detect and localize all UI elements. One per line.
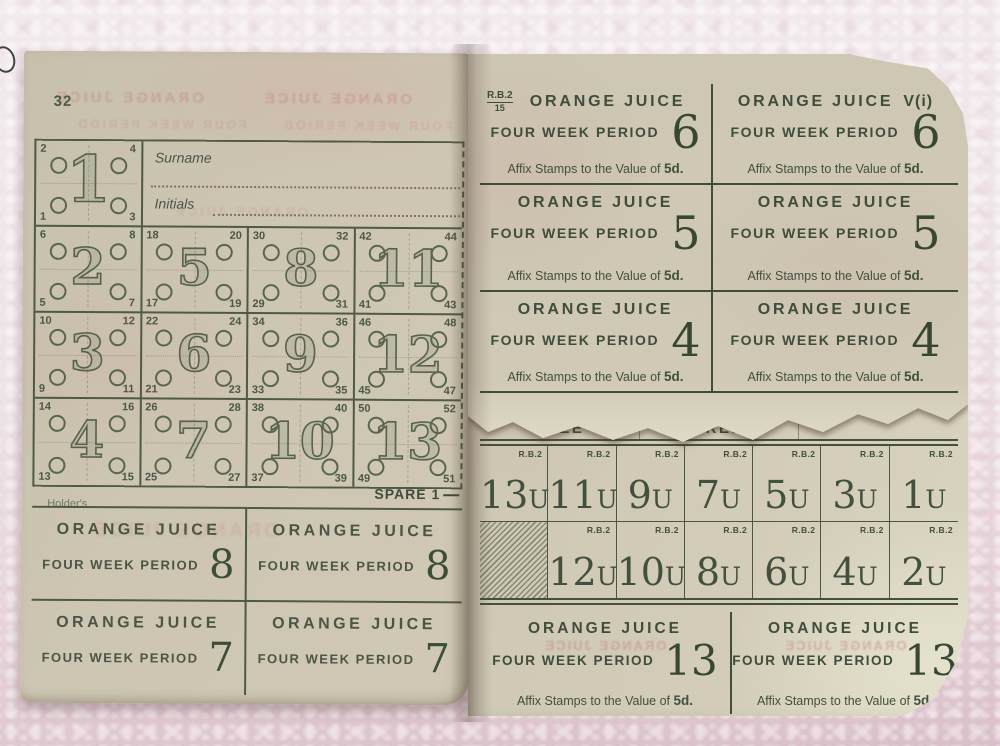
u-number: 6 [764, 550, 788, 594]
corner-number: 36 [336, 317, 348, 329]
corner-number: 50 [358, 403, 370, 415]
grid-cell-13: 5052 4951 13 [354, 401, 461, 488]
affix-instruction: Affix Stamps to the Value of 5d. [480, 161, 711, 176]
u-suffix: U [528, 485, 549, 514]
period-label: FOUR WEEK PERIOD [258, 651, 415, 667]
punch-circle [48, 415, 65, 432]
corner-number: 28 [229, 402, 241, 414]
period-number: 5 [911, 216, 940, 251]
corner-number: 39 [335, 473, 347, 485]
corner-number: 45 [358, 385, 370, 397]
punch-circle [109, 329, 126, 346]
punch-circle [48, 457, 65, 474]
corner-number: 9 [39, 383, 45, 395]
u-coupon-9U: R.B.29U [617, 446, 685, 522]
ration-coupon: ORANGE JUICE FOUR WEEK PERIOD4 Affix Sta… [713, 292, 958, 393]
coupon-title: ORANGE JUICE [246, 615, 461, 634]
initials-line [212, 214, 460, 218]
grid-cell-12: 4648 4547 12 [354, 315, 461, 402]
u-suffix: U [665, 562, 686, 591]
punch-circle [261, 458, 278, 475]
affix-instruction: Affix Stamps to the Value of 5d. [480, 369, 711, 384]
grid-cell-5: 1820 1719 5 [142, 227, 249, 314]
u-coupon-7U: R.B.27U [685, 446, 753, 522]
affix-instruction: Affix Stamps to the Value of 5d. [713, 161, 958, 176]
corner-number: 22 [146, 315, 158, 327]
u-suffix: U [720, 562, 741, 591]
punch-circle [110, 243, 127, 260]
ration-coupon: ORANGE JUICE FOUR WEEK PERIOD7 [31, 601, 247, 695]
u-suffix: U [788, 562, 809, 591]
u-number: 11 [548, 473, 596, 517]
period-number: 8 [425, 550, 451, 582]
grid-cell-2: 68 57 2 [35, 227, 142, 314]
u-number: 2 [901, 550, 925, 594]
corner-number: 41 [359, 299, 371, 311]
rb2-mark: R.B.2 [792, 525, 816, 535]
left-coupon-block: ORANGE JUICE FOUR WEEK PERIOD8 ORANGE JU… [31, 506, 462, 697]
rb2-mark: R.B.2 [860, 525, 884, 535]
punch-circle [156, 243, 173, 260]
corner-number: 2 [40, 143, 46, 155]
showthrough-text: ORANGE JUICE [262, 90, 412, 108]
rb2-mark: R.B.2 [723, 525, 747, 535]
corner-number: 38 [252, 402, 264, 414]
u-suffix: U [597, 562, 618, 591]
u-coupon-5U: R.B.25U [753, 446, 821, 522]
ration-coupon: R.B.215 ORANGE JUICE FOUR WEEK PERIOD6 A… [480, 84, 713, 185]
corner-number: 13 [38, 471, 50, 483]
grid-cell-3: 1012 911 3 [35, 313, 142, 400]
punch-circle [110, 197, 127, 214]
period-label: FOUR WEEK PERIOD [491, 225, 660, 241]
void-hatched-cell [480, 522, 548, 598]
u-suffix: U [720, 485, 741, 514]
corner-number: 48 [444, 317, 456, 329]
punch-circle [108, 457, 125, 474]
punch-circle [262, 370, 279, 387]
corner-number: 29 [252, 298, 264, 310]
grid-cell-4: 1416 1315 4 [34, 399, 141, 486]
ration-coupon: ORANGE JUICE FOUR WEEK PERIOD7 [246, 602, 462, 696]
corner-number: 6 [40, 229, 46, 241]
rb2-mark: R.B.2 [587, 525, 611, 535]
corner-number: 40 [335, 403, 347, 415]
u-suffix: U [788, 485, 809, 514]
handwritten-mark [0, 43, 19, 75]
corner-number: 52 [444, 403, 456, 415]
corner-number: 27 [228, 472, 240, 484]
corner-number: 47 [444, 385, 456, 397]
grid-cell-7: 2628 2527 7 [141, 399, 248, 486]
affix-instruction: Affix Stamps to the Value of 5d. [713, 268, 958, 283]
corner-number: 49 [358, 473, 370, 485]
punch-circle [50, 157, 67, 174]
u-suffix: U [857, 485, 878, 514]
corner-number: 5 [39, 297, 45, 309]
corner-number: 23 [229, 384, 241, 396]
punch-circle [49, 329, 66, 346]
corner-number: 1 [40, 211, 46, 223]
showthrough-text: FOUR WEEK PERIOD [282, 118, 453, 133]
corner-number: 3 [129, 211, 135, 223]
corner-number: 37 [251, 472, 263, 484]
holder-details-area: Surname Initials [142, 141, 462, 229]
period-number: 7 [208, 642, 234, 674]
u-number: 9 [628, 473, 652, 517]
punch-circle [322, 371, 339, 388]
corner-number: 16 [122, 401, 134, 413]
ration-coupon: ORANGE JUICEV(i) FOUR WEEK PERIOD6 Affix… [713, 84, 958, 185]
period-number: 5 [671, 216, 700, 251]
ration-coupon: ORANGE JUICE ORANGE JUICE FOUR WEEK PERI… [480, 612, 732, 714]
corner-number: 15 [122, 471, 134, 483]
corner-number: 20 [230, 230, 242, 242]
punch-circle [322, 330, 339, 347]
ration-book-photo: ORANGE JUICE ORANGE JUICE FOUR WEEK PERI… [0, 0, 1000, 746]
corner-number: 11 [123, 383, 135, 395]
grid-cell-8: 3032 2931 8 [248, 228, 355, 315]
corner-number: 18 [146, 229, 158, 241]
u-coupon-1U: R.B.21U [890, 446, 958, 522]
u-coupon-8U: R.B.28U [685, 522, 753, 598]
grid-cell-6: 2224 2123 6 [141, 313, 248, 400]
corner-number: 19 [229, 298, 241, 310]
rb2-mark: R.B.2 [655, 525, 679, 535]
u-coupon-6U: R.B.26U [753, 522, 821, 598]
punch-circle [109, 369, 126, 386]
punch-circle [49, 283, 66, 300]
punch-circle [321, 458, 338, 475]
period-number: 6 [671, 115, 700, 150]
u-number: 1 [901, 473, 925, 517]
right-page: FREE FREE R.B.213U R.B.211U R.B.29U R.B.… [468, 54, 968, 716]
period-13-coupons: ORANGE JUICE ORANGE JUICE FOUR WEEK PERI… [480, 612, 958, 714]
corner-number: 26 [145, 401, 157, 413]
corner-number: 31 [336, 299, 348, 311]
u-suffix: U [652, 485, 673, 514]
corner-number: 10 [39, 315, 51, 327]
period-label: FOUR WEEK PERIOD [258, 558, 415, 574]
punch-circle [430, 459, 447, 476]
surname-label: Surname [155, 149, 212, 165]
corner-number: 30 [253, 230, 265, 242]
page-number: 32 [54, 93, 73, 110]
u-number: 4 [832, 550, 856, 594]
coupon-title: ORANGE JUICE [247, 522, 462, 541]
punch-circle [261, 416, 278, 433]
affix-instruction: Affix Stamps to the Value of 5d. [480, 268, 711, 283]
u-number: 5 [764, 473, 788, 517]
period-label: FOUR WEEK PERIOD [42, 556, 199, 572]
corner-number: 14 [39, 401, 51, 413]
corner-number: 34 [252, 316, 264, 328]
corner-number: 46 [359, 317, 371, 329]
period-number: 8 [209, 549, 235, 581]
punch-circle [262, 284, 279, 301]
period-number: 4 [911, 323, 940, 358]
period-number: 7 [424, 643, 450, 675]
u-coupon-2U: R.B.22U [890, 522, 958, 598]
grid-cell-11: 4244 4143 11 [355, 229, 462, 316]
u-coupon-10U: R.B.210U [617, 522, 685, 598]
punch-circle [368, 371, 385, 388]
period-label: FOUR WEEK PERIOD [492, 653, 654, 668]
u-number: 12 [548, 550, 596, 594]
upper-coupon-grid: R.B.215 ORANGE JUICE FOUR WEEK PERIOD6 A… [480, 84, 958, 393]
punch-circle [322, 285, 339, 302]
punch-circle [323, 244, 340, 261]
u-coupon-grid: R.B.213U R.B.211U R.B.29U R.B.27U R.B.25… [480, 446, 958, 605]
showthrough-text: ORANGE JUICE [732, 638, 958, 653]
punch-circle [262, 330, 279, 347]
grid-cell-1: 2 4 1 3 1 [36, 141, 143, 228]
corner-number: 8 [129, 229, 135, 241]
showthrough-text: ORANGE JUICE [480, 638, 730, 653]
holder-label: Holder's [47, 498, 87, 510]
corner-number: 24 [229, 316, 241, 328]
period-label: FOUR WEEK PERIOD [491, 124, 660, 140]
u-number: 13 [480, 473, 528, 517]
torn-upper-leaf: R.B.215 ORANGE JUICE FOUR WEEK PERIOD6 A… [468, 54, 968, 452]
coupon-title: ORANGE JUICE [31, 614, 244, 633]
corner-number: 7 [129, 297, 135, 309]
corner-number: 17 [146, 297, 158, 309]
corner-number: 21 [145, 383, 157, 395]
period-label: FOUR WEEK PERIOD [42, 649, 199, 665]
left-page: ORANGE JUICE ORANGE JUICE FOUR WEEK PERI… [20, 51, 472, 706]
u-number: 8 [696, 550, 720, 594]
u-coupon-11U: R.B.211U [548, 446, 616, 522]
punch-circle [368, 459, 385, 476]
u-number: 3 [832, 473, 856, 517]
punch-circle [110, 157, 127, 174]
u-coupon-13U: R.B.213U [480, 446, 548, 522]
ration-coupon: ORANGE JUICE ORANGE JUICE FOUR WEEK PERI… [732, 612, 958, 714]
punch-circle [154, 457, 171, 474]
u-coupon-12U: R.B.212U [548, 522, 616, 598]
punch-circle [262, 244, 279, 261]
corner-number: 25 [145, 471, 157, 483]
period-label: FOUR WEEK PERIOD [731, 124, 900, 140]
coupon-number-grid: 2 4 1 3 1 Surname Initials 68 57 2 [32, 139, 464, 490]
corner-number: 44 [445, 231, 457, 243]
period-label: FOUR WEEK PERIOD [731, 332, 900, 348]
initials-label: Initials [155, 195, 195, 211]
ration-coupon: ORANGE JUICE FOUR WEEK PERIOD8 [32, 508, 248, 602]
punch-circle [49, 369, 66, 386]
period-label: FOUR WEEK PERIOD [732, 653, 894, 668]
corner-number: 43 [444, 299, 456, 311]
corner-number: 35 [335, 385, 347, 397]
period-label: FOUR WEEK PERIOD [731, 225, 900, 241]
coupon-title: ORANGE JUICE [32, 521, 245, 540]
corner-number: 32 [336, 231, 348, 243]
u-suffix: U [925, 485, 946, 514]
torn-leaf-paper: R.B.215 ORANGE JUICE FOUR WEEK PERIOD6 A… [468, 54, 968, 452]
ration-coupon: ORANGE JUICE FOUR WEEK PERIOD5 Affix Sta… [713, 185, 958, 292]
u-number: 7 [696, 473, 720, 517]
ration-coupon: ORANGE JUICE FOUR WEEK PERIOD5 Affix Sta… [480, 185, 713, 292]
punch-circle [50, 197, 67, 214]
affix-instruction: Affix Stamps to the Value of 5d. [713, 369, 958, 384]
u-number: 10 [617, 550, 665, 594]
form-number: R.B.215 [487, 91, 513, 113]
period-label: FOUR WEEK PERIOD [491, 332, 660, 348]
u-suffix: U [857, 562, 878, 591]
showthrough-text: FOUR WEEK PERIOD [76, 117, 247, 132]
punch-circle [155, 329, 172, 346]
affix-instruction: Affix Stamps to the Value of 5d. [732, 693, 958, 708]
corner-number: 42 [359, 231, 371, 243]
u-suffix: U [925, 562, 946, 591]
period-number: 6 [911, 115, 940, 150]
showthrough-text: ORANGE JUICE [54, 89, 204, 107]
grid-cell-9: 3436 3335 9 [248, 314, 355, 401]
corner-number: 12 [123, 315, 135, 327]
ration-coupon: ORANGE JUICE FOUR WEEK PERIOD8 [247, 509, 463, 603]
spare-label: SPARE 1 [374, 486, 459, 503]
u-suffix: U [597, 485, 618, 514]
punch-circle [109, 283, 126, 300]
u-coupon-4U: R.B.24U [821, 522, 889, 598]
period-number: 4 [671, 323, 700, 358]
ration-coupon: ORANGE JUICE FOUR WEEK PERIOD4 Affix Sta… [480, 292, 713, 393]
punch-circle [369, 285, 386, 302]
affix-instruction: Affix Stamps to the Value of 5d. [480, 693, 730, 708]
corner-number: 51 [443, 473, 455, 485]
punch-circle [49, 243, 66, 260]
surname-line [151, 185, 461, 189]
spare-rule [443, 495, 459, 497]
punch-circle [156, 284, 173, 301]
rb2-mark: R.B.2 [929, 525, 953, 535]
corner-number: 4 [130, 143, 136, 155]
grid-cell-10: 3840 3739 10 [247, 400, 354, 487]
u-coupon-3U: R.B.23U [821, 446, 889, 522]
corner-number: 33 [252, 384, 264, 396]
punch-circle [155, 370, 172, 387]
